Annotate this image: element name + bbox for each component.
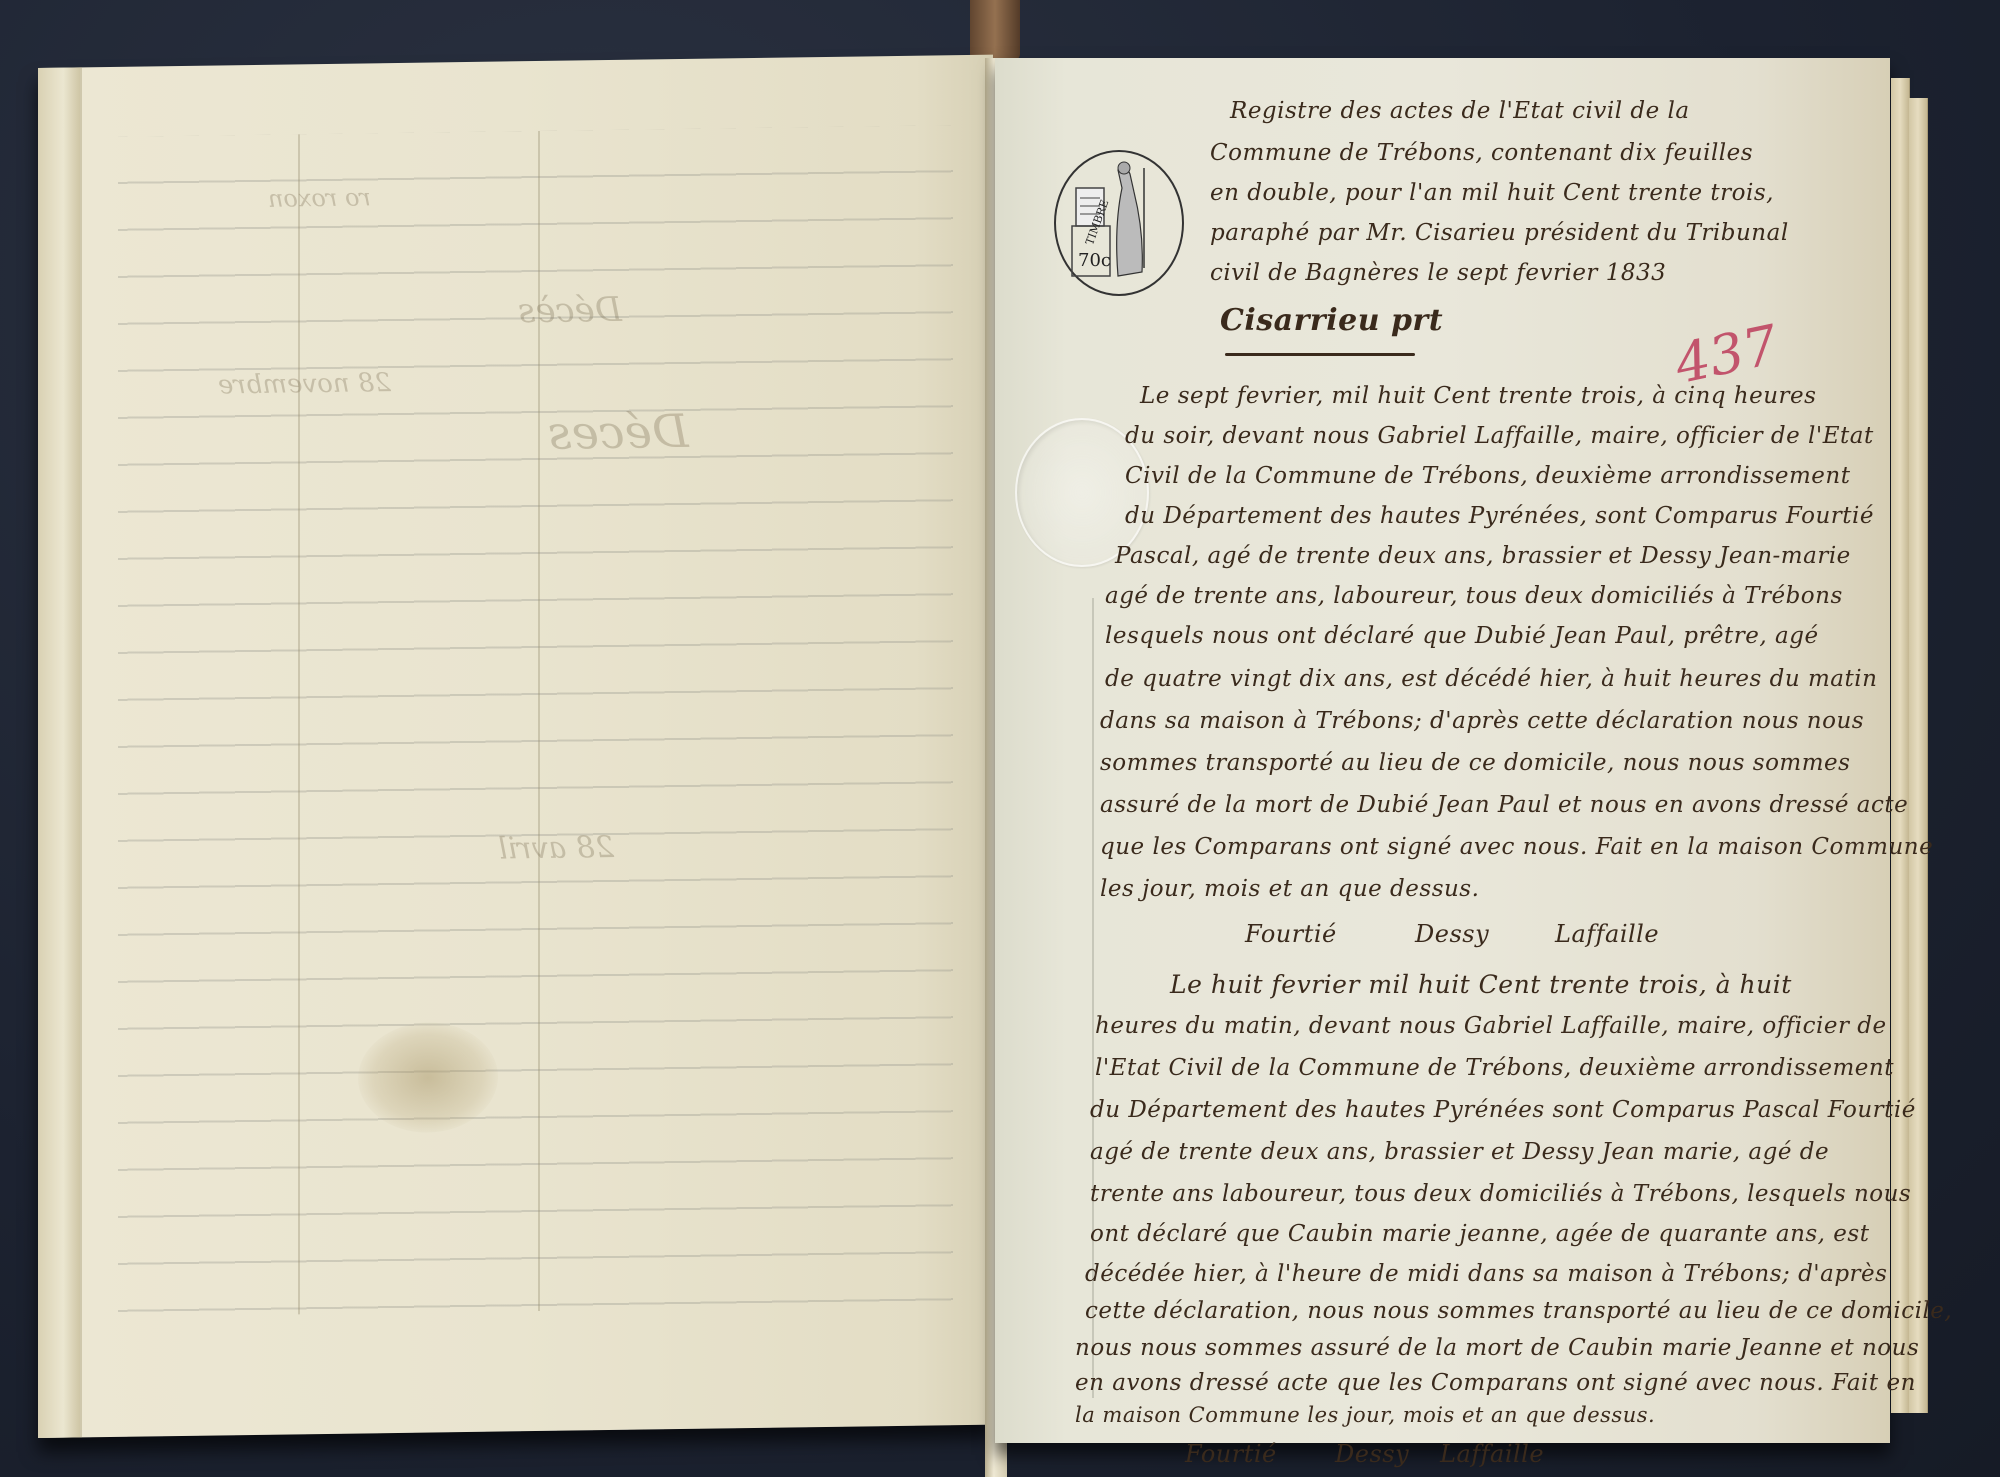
signature-dessy: Dessy (1335, 1440, 1409, 1468)
act-line: dans sa maison à Trébons; d'après cette … (1100, 708, 1864, 734)
act-line: Le sept fevrier, mil huit Cent trente tr… (1140, 383, 1816, 409)
binding-thread (970, 0, 1020, 60)
signature-dessy: Dessy (1415, 920, 1489, 948)
signature-laffaille: Laffaille (1555, 920, 1659, 948)
ruled-column-line (298, 134, 300, 1314)
header-line: Registre des actes de l'Etat civil de la (1230, 98, 1690, 124)
signature-swash (1225, 353, 1415, 356)
showthrough-text: Déces (548, 404, 689, 460)
act-line: heures du matin, devant nous Gabriel Laf… (1095, 1013, 1887, 1039)
act-line: du soir, devant nous Gabriel Laffaille, … (1125, 423, 1874, 449)
act-line: décédée hier, à l'heure de midi dans sa … (1085, 1261, 1887, 1287)
signature-fourtie: Fourtié (1245, 920, 1337, 948)
signature-laffaille: Laffaille (1440, 1440, 1544, 1468)
act-line: Pascal, agé de trente deux ans, brassier… (1115, 543, 1851, 569)
act-line: de quatre vingt dix ans, est décédé hier… (1105, 666, 1877, 692)
act-line: lesquels nous ont déclaré que Dubié Jean… (1105, 623, 1819, 649)
act-line: cette déclaration, nous nous sommes tran… (1085, 1298, 1952, 1324)
act-line: l'Etat Civil de la Commune de Trébons, d… (1095, 1055, 1894, 1081)
header-line: paraphé par Mr. Cisarieu président du Tr… (1210, 220, 1789, 246)
act-line: trente ans laboureur, tous deux domicili… (1090, 1181, 1911, 1207)
act-line: Civil de la Commune de Trébons, deuxième… (1125, 463, 1850, 489)
showthrough-text: Décès (518, 290, 622, 331)
act-line: assuré de la mort de Dubié Jean Paul et … (1100, 792, 1908, 818)
header-line: en double, pour l'an mil huit Cent trent… (1210, 180, 1774, 206)
act-line: du Département des hautes Pyrénées sont … (1090, 1097, 1916, 1123)
page-leaf-edge (1891, 78, 1910, 1413)
act-line: agé de trente deux ans, brassier et Dess… (1090, 1139, 1829, 1165)
stamp-icon: 70c TIMBRE ROYAL. (1052, 148, 1187, 298)
header-line: Commune de Trébons, contenant dix feuill… (1210, 140, 1753, 166)
act-line: les jour, mois et an que dessus. (1100, 876, 1479, 902)
act-line: agé de trente ans, laboureur, tous deux … (1105, 583, 1843, 609)
open-register-book: ro roxon Décès 28 novembre Déces 28 avri… (0, 0, 2000, 1477)
right-page: 70c TIMBRE ROYAL. Registre des actes de … (995, 58, 1890, 1443)
act-line: sommes transporté au lieu de ce domicile… (1100, 750, 1850, 776)
header-signature: Cisarrieu prt (1220, 303, 1443, 338)
act-line: du Département des hautes Pyrénées, sont… (1125, 503, 1874, 529)
act-line: nous nous sommes assuré de la mort de Ca… (1075, 1335, 1919, 1361)
act-line: que les Comparans ont signé avec nous. F… (1100, 834, 1933, 860)
page-leaf-edge (1909, 98, 1928, 1413)
showthrough-text: ro roxon (268, 183, 371, 212)
signature-fourtie: Fourtié (1185, 1440, 1277, 1468)
showthrough-text: 28 avril (498, 830, 614, 867)
left-page: ro roxon Décès 28 novembre Déces 28 avri… (38, 55, 993, 1438)
act-line: la maison Commune les jour, mois et an q… (1075, 1403, 1655, 1427)
act-line: ont déclaré que Caubin marie jeanne, agé… (1090, 1221, 1869, 1247)
left-page-edge (38, 67, 82, 1438)
act-line: en avons dressé acte que les Comparans o… (1075, 1370, 1916, 1396)
act-line: Le huit fevrier mil huit Cent trente tro… (1170, 970, 1792, 999)
showthrough-text: 28 novembre (218, 368, 391, 400)
timbre-royal-stamp: 70c TIMBRE ROYAL. (1052, 148, 1187, 298)
svg-text:70c: 70c (1078, 250, 1111, 271)
header-line: civil de Bagnères le sept fevrier 1833 (1210, 260, 1666, 286)
